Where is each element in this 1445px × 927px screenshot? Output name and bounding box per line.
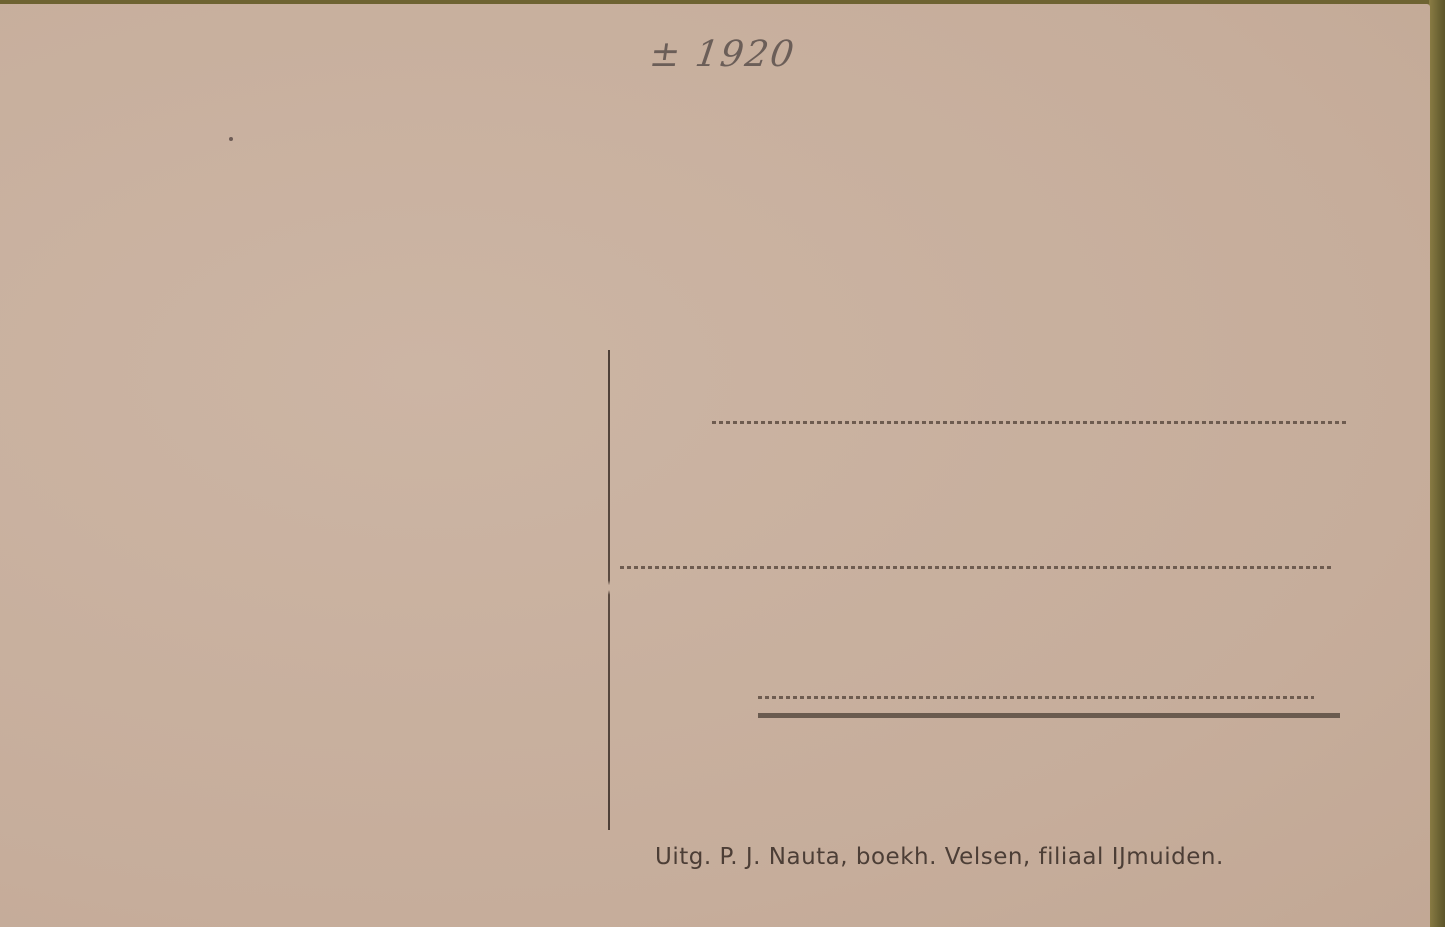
address-line-3 xyxy=(758,696,1314,699)
background-surface xyxy=(1429,0,1445,927)
message-address-divider xyxy=(608,350,610,830)
handwritten-date-note: ± 1920 xyxy=(647,34,798,75)
publisher-imprint: Uitg. P. J. Nauta, boekh. Velsen, filiaa… xyxy=(655,844,1224,870)
address-line-2 xyxy=(620,566,1334,569)
address-line-1 xyxy=(712,421,1346,424)
paper-speck xyxy=(229,137,233,141)
address-line-underline xyxy=(758,713,1340,718)
postcard-back: ± 1920 Uitg. P. J. Nauta, boekh. Velsen,… xyxy=(0,4,1430,927)
